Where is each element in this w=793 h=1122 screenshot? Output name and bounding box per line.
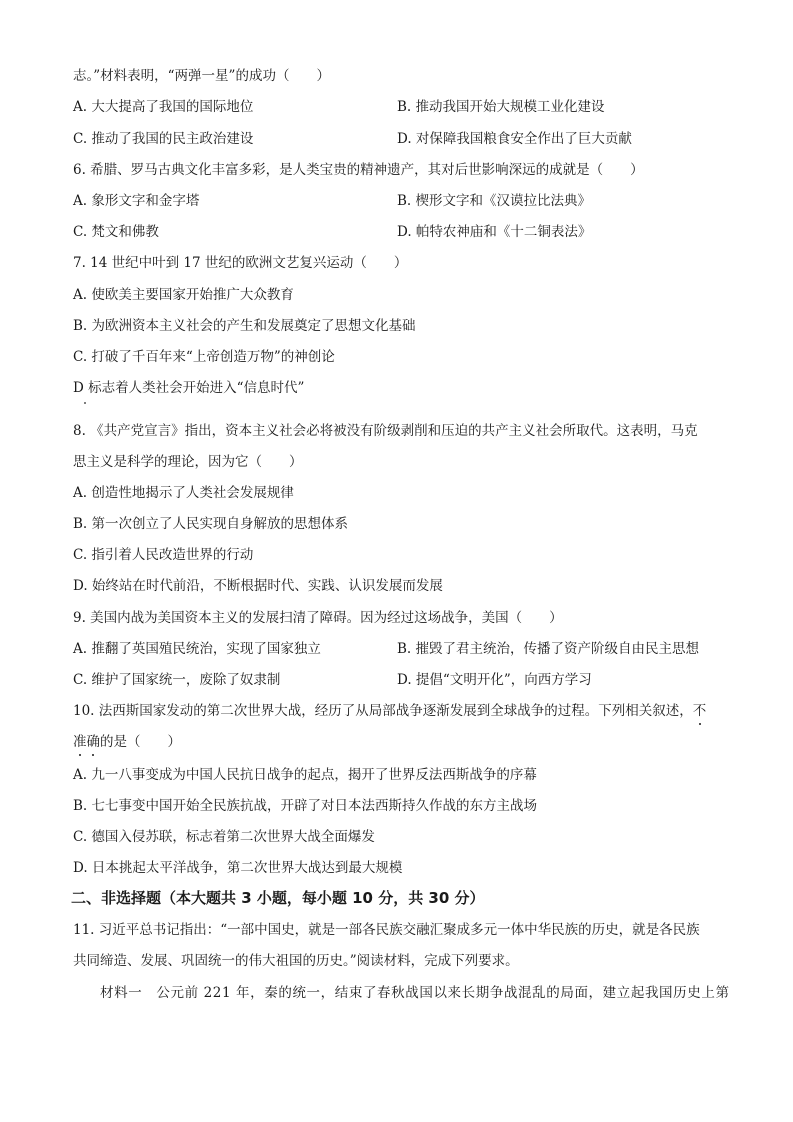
emphasis-que: 确 <box>87 733 101 751</box>
q7-option-a: A. 使欧美主要国家开始推广大众教育 <box>73 286 294 304</box>
q9-option-c: C. 维护了国家统一，废除了奴隶制 <box>73 671 280 689</box>
question-8-stem-line2: 思主义是科学的理论，因为它（ ） <box>73 453 303 471</box>
emphasis-not: 不 <box>693 702 707 720</box>
q10-option-b: B. 七七事变中国开始全民族抗战，开辟了对日本法西斯持久作战的东方主战场 <box>73 797 537 815</box>
section-heading: 二、非选择题（本大题共 3 小题，每小题 10 分，共 30 分） <box>71 889 485 907</box>
q7-option-c: C. 打破了千百年来“上帝创造万物”的神创论 <box>73 348 335 366</box>
q9-option-a: A. 推翻了英国殖民统治，实现了国家独立 <box>73 640 321 658</box>
q7-option-d: D 标志着人类社会开始进入“信息时代” <box>73 379 304 397</box>
q6-option-c: C. 梵文和佛教 <box>73 223 159 241</box>
q8-option-c: C. 指引着人民改造世界的行动 <box>73 546 253 564</box>
stray-mark <box>84 402 86 404</box>
q10-stem-text: 10. 法西斯国家发动的第二次世界大战，经历了从局部战争逐渐发展到全球战争的过程… <box>73 703 693 719</box>
q7-option-b: B. 为欧洲资本主义社会的产生和发展奠定了思想文化基础 <box>73 317 416 335</box>
q9-option-b: B. 摧毁了君主统治，传播了资产阶级自由民主思想 <box>397 640 699 658</box>
question-9-stem: 9. 美国内战为美国资本主义的发展扫清了障碍。因为经过这场战争，美国（ ） <box>73 609 563 627</box>
material-1: 材料一 公元前 221 年，秦的统一，结束了春秋战国以来长期争战混乱的局面，建立… <box>100 984 730 1002</box>
q10-option-a: A. 九一八事变成为中国人民抗日战争的起点，揭开了世界反法西斯战争的序幕 <box>73 766 537 784</box>
q5-option-a: A. 大大提高了我国的国际地位 <box>73 98 253 116</box>
question-11-stem-line1: 11. 习近平总书记指出：“一部中国史，就是一部各民族交融汇聚成多元一体中华民族… <box>73 921 700 939</box>
q8-option-a: A. 创造性地揭示了人类社会发展规律 <box>73 484 294 502</box>
question-7-stem: 7. 14 世纪中叶到 17 世纪的欧洲文艺复兴运动（ ） <box>73 254 407 272</box>
q5-option-b: B. 推动我国开始大规模工业化建设 <box>397 98 605 116</box>
q10-stem-tail: 的是（ ） <box>100 734 181 750</box>
question-10-stem-line2: 准确的是（ ） <box>73 733 181 751</box>
emphasis-zhun: 准 <box>73 733 87 751</box>
q9-option-d: D. 提倡“文明开化”，向西方学习 <box>397 671 592 689</box>
question-5-stem-tail: 志。”材料表明，“两弹一星”的成功（ ） <box>73 67 330 85</box>
q6-option-b: B. 楔形文字和《汉谟拉比法典》 <box>397 192 591 210</box>
q10-option-c: C. 德国入侵苏联，标志着第二次世界大战全面爆发 <box>73 828 375 846</box>
q8-option-d: D. 始终站在时代前沿，不断根据时代、实践、认识发展而发展 <box>73 577 443 595</box>
q10-option-d: D. 日本挑起太平洋战争，第二次世界大战达到最大规模 <box>73 859 402 877</box>
q5-option-d: D. 对保障我国粮食安全作出了巨大贡献 <box>397 130 632 148</box>
question-8-stem-line1: 8. 《共产党宣言》指出，资本主义社会必将被没有阶级剥削和压迫的共产主义社会所取… <box>73 422 698 440</box>
q6-option-a: A. 象形文字和金字塔 <box>73 192 199 210</box>
q5-option-c: C. 推动了我国的民主政治建设 <box>73 130 253 148</box>
question-11-stem-line2: 共同缔造、发展、巩固统一的伟大祖国的历史。”阅读材料，完成下列要求。 <box>73 952 519 970</box>
q6-option-d: D. 帕特农神庙和《十二铜表法》 <box>397 223 591 241</box>
question-10-stem-line1: 10. 法西斯国家发动的第二次世界大战，经历了从局部战争逐渐发展到全球战争的过程… <box>73 702 706 720</box>
question-6-stem: 6. 希腊、罗马古典文化丰富多彩，是人类宝贵的精神遗产，其对后世影响深远的成就是… <box>73 161 644 179</box>
q8-option-b: B. 第一次创立了人民实现自身解放的思想体系 <box>73 515 348 533</box>
